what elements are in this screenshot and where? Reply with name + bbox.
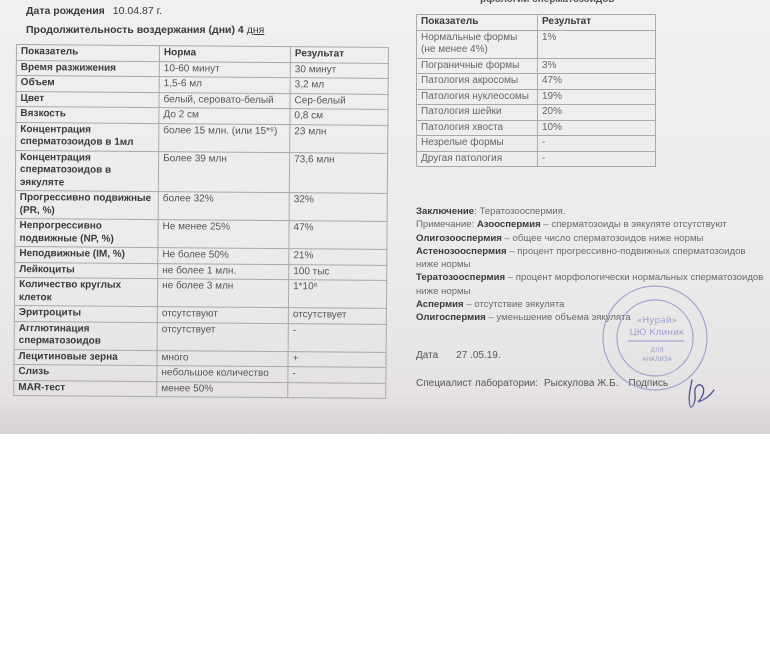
table-header-row: Показатель Результат [417,15,656,31]
table-row: Прогрессивно подвижные (PR, %)более 32%3… [15,190,387,221]
parameter-name: Цвет [16,91,159,108]
result-value: 100 тыс [289,264,387,280]
table-row: Патология акросомы47% [417,74,656,90]
result-value: отсутствует [288,308,386,324]
parameter-name: Пограничные формы [417,58,538,74]
table-row: Другая патология- [417,151,656,167]
date-line: Дата27 .05.19. [416,350,501,361]
birth-date-value: 10.04.87 г. [113,5,162,17]
conclusion-label: Заключение [416,206,474,217]
definition-item: Олигоспермия – уменьшение объема эякулят… [416,311,770,324]
result-value: + [288,351,386,367]
definition-item: Олигозооспермия – общее число сперматозо… [416,232,770,245]
stamp-line-4: АНАЛИЗА [642,356,673,363]
abstinence-label: Продолжительность воздержания (дни) 4 [26,24,244,36]
stamp-line-1: «Нурай» [637,316,677,326]
norm-value: менее 50% [157,381,288,398]
norm-value: До 2 см [159,108,290,125]
abstinence-unit: дня [247,24,265,36]
norm-value: Более 39 млн [158,151,289,193]
definition-text: – общее число сперматозоидов ниже нормы [502,233,704,244]
table-row: Пограничные формы3% [417,58,656,74]
table-row: Патология нуклеосомы19% [417,89,656,105]
result-value: 1*10⁶ [288,280,386,309]
definition-term: Тератозооспермия [416,272,505,283]
morphology-table: Показатель Результат Нормальные формы (н… [416,14,656,167]
parameter-name: Патология акросомы [417,74,538,90]
parameter-name: Нормальные формы (не менее 4%) [417,30,538,58]
result-value: 47% [289,221,387,250]
norm-value: отсутствует [157,322,288,351]
parameter-name: Время разжижения [16,60,159,77]
table-row: Непрогрессивно подвижные (NP, %)Не менее… [15,218,387,249]
conclusion-notes: Заключение: Тератозооспермия. Примечание… [416,205,770,325]
norm-value: Не менее 25% [158,220,289,249]
parameter-name: Неподвижные (IM, %) [15,246,158,263]
norm-value: много [157,350,288,367]
conclusion-value: : Тератозооспермия. [474,206,565,217]
parameter-name: Незрелые формы [417,136,538,152]
table-row: MAR-тестменее 50% [14,380,386,398]
definition-item: Тератозооспермия – процент морфологическ… [416,271,770,298]
definition-term: Олигоспермия [416,312,486,323]
column-header: Показатель [417,15,538,31]
definition-item: Аспермия – отсутствие эякулята [416,298,770,311]
parameter-name: Концентрация сперматозоидов в эякуляте [15,150,158,192]
parameter-name: Другая патология [417,151,538,167]
parameter-name: Концентрация сперматозоидов в 1мл [16,122,159,151]
table-row: Патология хвоста10% [417,120,656,136]
semen-analysis-table: Показатель Норма Результат Время разжиже… [13,44,389,399]
conclusion: Заключение: Тератозооспермия. [416,205,770,218]
definition-term: Азооспермия [477,219,541,230]
norm-value: не более 3 млн [157,279,288,308]
definition-term: Астенозооспермия [416,246,507,257]
norm-value: 10-60 минут [159,61,290,78]
table-row: Количество круглых клетокне более 3 млн1… [14,277,386,308]
result-value: Сер-белый [290,93,388,109]
parameter-name: Объем [16,76,159,93]
norm-value: белый, серовато-белый [159,92,290,109]
definition-text: – отсутствие эякулята [464,299,565,310]
parameter-name: Лецитиновые зерна [14,349,157,366]
note-label: Примечание: [416,219,474,230]
norm-value: 1,5-6 мл [159,77,290,94]
specialist-label: Специалист лаборатории: [416,378,538,389]
result-value: 47% [538,74,656,90]
table-row: Нормальные формы (не менее 4%)1% [417,30,656,58]
birth-date-line: Дата рождения10.04.87 г. [26,5,162,17]
norm-value: более 15 млн. (или 15*⁶) [159,123,290,152]
result-value: 73,6 млн [289,152,387,193]
result-value: 19% [538,89,656,105]
result-value: - [288,323,386,352]
result-value: 0,8 см [290,109,388,125]
morphology-heading-cut: рфологии сперматозоидов [480,0,614,5]
norm-value: отсутствуют [157,307,288,324]
signature-icon [680,372,720,412]
date-value: 27 .05.19. [456,350,500,361]
table-row: Агглютинация сперматозоидовотсутствует- [14,321,386,352]
result-value: 3,2 мл [290,78,388,94]
column-header: Показатель [16,45,159,62]
parameter-name: Вязкость [16,107,159,124]
parameter-name: Патология шейки [417,105,538,121]
date-label: Дата [416,350,438,361]
birth-date-label: Дата рождения [26,5,105,17]
result-value: 30 минут [290,62,388,78]
result-value: 3% [538,58,656,74]
parameter-name: Эритроциты [14,305,157,322]
stamp-line-2: ЦЮ Клиник [630,328,685,338]
column-header: Результат [290,47,388,63]
table-row: Концентрация сперматозоидов в эякулятеБо… [15,150,387,193]
column-header: Норма [159,46,290,63]
parameter-name: Непрогрессивно подвижные (NP, %) [15,218,158,247]
parameter-name: MAR-тест [14,380,157,397]
parameter-name: Агглютинация сперматозоидов [14,321,157,350]
result-value: 10% [538,120,656,136]
column-header: Результат [538,15,656,31]
stamp-line-3: ДЛЯ [650,347,663,354]
result-value: 21% [289,249,387,265]
parameter-name: Лейкоциты [15,262,158,279]
table-row: Незрелые формы- [417,136,656,152]
parameter-name: Слизь [14,364,157,381]
definition-item: Примечание: Азооспермия – сперматозоиды … [416,218,770,231]
norm-value: небольшое количество [157,366,288,383]
result-value [288,382,386,398]
result-value: 23 млн [290,124,388,153]
norm-value: не более 1 млн. [158,263,289,280]
definition-term: Аспермия [416,299,464,310]
definition-item: Астенозооспермия – процент прогрессивно-… [416,245,770,272]
parameter-name: Патология хвоста [417,120,538,136]
definition-term: Олигозооспермия [416,233,502,244]
result-value: - [288,367,386,383]
result-value: - [538,136,656,152]
definition-text: – сперматозоиды в эякуляте отсутствуют [541,219,727,230]
result-value: 1% [538,30,656,58]
result-value: - [538,151,656,167]
result-value: 20% [538,105,656,121]
result-value: 32% [289,193,387,222]
abstinence-line: Продолжительность воздержания (дни) 4 дн… [26,24,264,36]
norm-value: более 32% [158,192,289,221]
table-row: Концентрация сперматозоидов в 1млболее 1… [16,122,388,153]
table-row: Патология шейки20% [417,105,656,121]
definitions-list: Примечание: Азооспермия – сперматозоиды … [416,218,770,324]
parameter-name: Патология нуклеосомы [417,89,538,105]
parameter-name: Прогрессивно подвижные (PR, %) [15,190,158,219]
norm-value: Не более 50% [158,248,289,265]
document-photo: рфологии сперматозоидов Дата рождения10.… [0,0,770,434]
parameter-name: Количество круглых клеток [14,277,157,306]
